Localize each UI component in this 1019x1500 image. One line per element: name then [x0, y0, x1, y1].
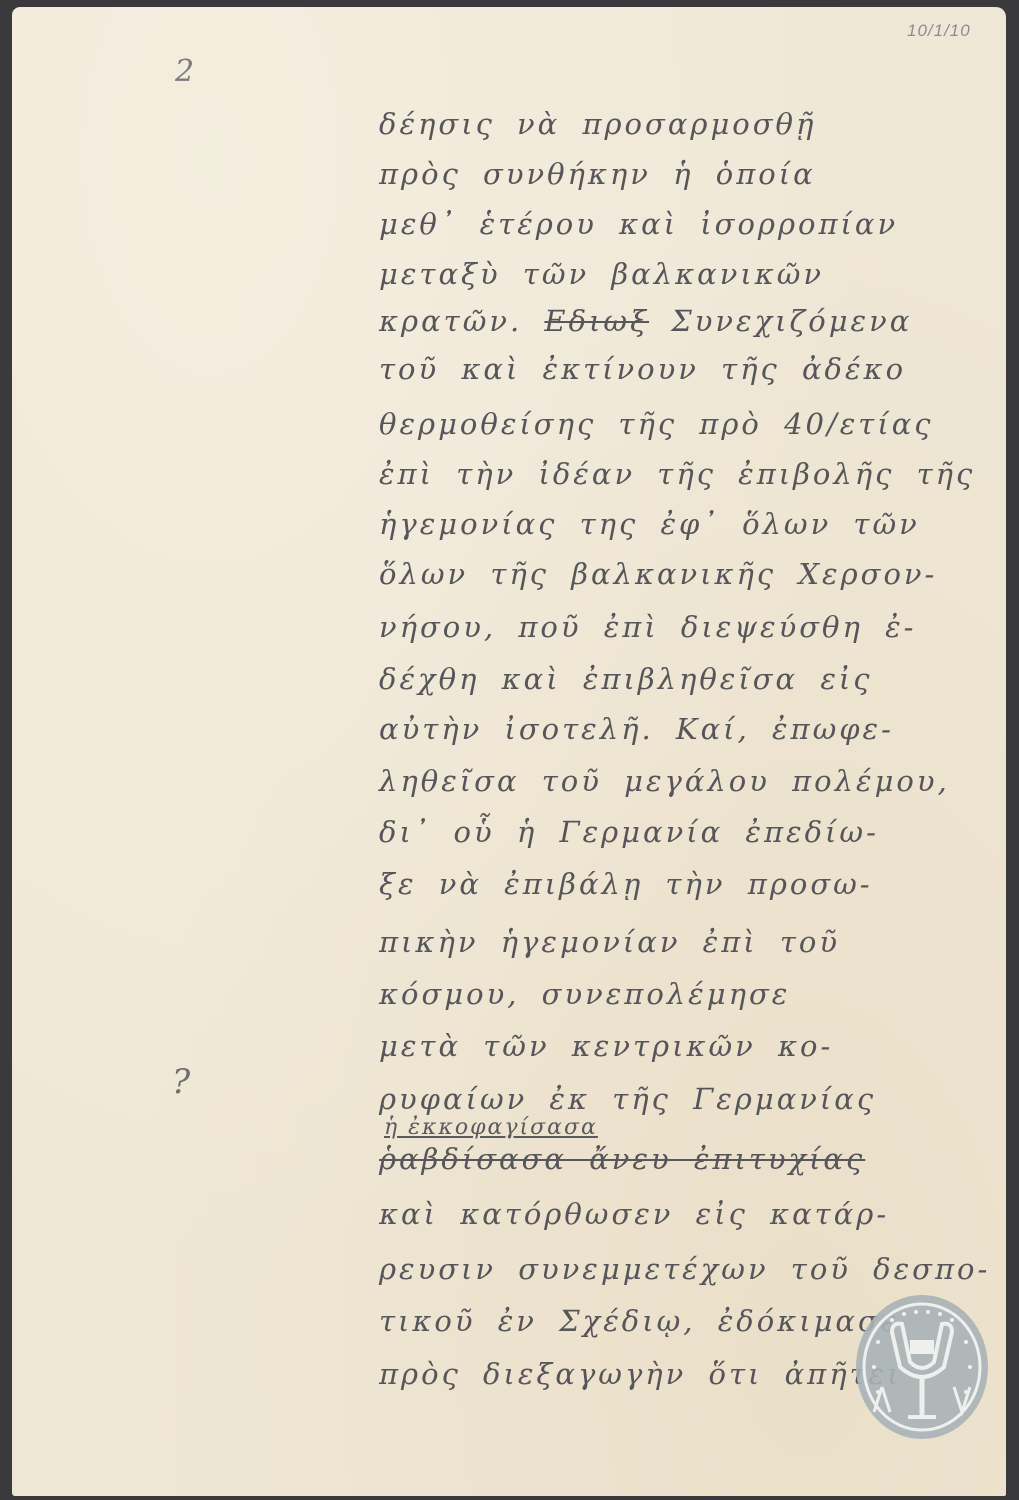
handwritten-line: καὶ κατόρθωσεν εἰς κατάρ-	[379, 1197, 1019, 1231]
handwritten-line: μεθ᾽ ἑτέρου καὶ ἰσορροπίαν	[379, 207, 1019, 241]
chalice-seal-icon	[852, 1292, 992, 1442]
handwritten-line: ὅλων τῆς βαλκανικῆς Χερσον-	[379, 557, 1019, 591]
handwritten-line: μετὰ τῶν κεντρικῶν κο-	[379, 1029, 1019, 1063]
handwritten-line: δέχθη καὶ ἐπιβληθεῖσα εἰς	[379, 662, 1019, 696]
archive-number: 10/1/10	[907, 21, 971, 41]
line-text: κρατῶν.	[379, 304, 522, 338]
page-number: 2	[175, 54, 194, 89]
handwritten-line: μεταξὺ τῶν βαλκανικῶν	[379, 257, 1019, 291]
handwritten-line: θερμοθείσης τῆς πρὸ 40/ετίας	[379, 407, 1019, 441]
margin-note: ?	[172, 1062, 190, 1102]
handwritten-line: αὐτὴν ἰσοτελῆ. Καί, ἐπωφε-	[379, 712, 1019, 746]
handwritten-line: νήσου, ποῦ ἐπὶ διεψεύσθη ἐ-	[379, 610, 1019, 644]
document-page: 10/1/10 2 ? δέησις νὰ προσαρμοσθῇ πρὸς σ…	[12, 7, 1006, 1496]
handwritten-line: κόσμου, συνεπολέμησε	[379, 977, 1019, 1011]
handwritten-line: ρευσιν συνεμμετέχων τοῦ δεσπο-	[379, 1252, 1019, 1286]
handwritten-line: ληθεῖσα τοῦ μεγάλου πολέμου,	[379, 764, 1019, 798]
handwritten-line: δέησις νὰ προσαρμοσθῇ	[379, 107, 1019, 141]
struck-out-word: Εδιωξ	[544, 304, 649, 338]
handwritten-line: τοῦ καὶ ἐκτίνουν τῆς ἀδέκο	[379, 352, 1019, 386]
interlinear-insertion: ἡ ἐκκοφαγίσασα	[384, 1115, 598, 1140]
handwritten-line: δι᾽ οὗ ἡ Γερμανία ἐπεδίω-	[379, 815, 1019, 849]
handwritten-line: πρὸς συνθήκην ἡ ὁποία	[379, 157, 1019, 191]
handwritten-line: πικὴν ἡγεμονίαν ἐπὶ τοῦ	[379, 925, 1019, 959]
line-text: Συνεχιζόμενα	[671, 304, 912, 338]
handwritten-line: ρυφαίων ἐκ τῆς Γερμανίας	[379, 1082, 1019, 1116]
handwritten-line: κρατῶν. Εδιωξ Συνεχιζόμενα	[379, 304, 1019, 338]
handwritten-line: ξε νὰ ἐπιβάλῃ τὴν προσω-	[379, 867, 1019, 901]
handwritten-line: ἐπὶ τὴν ἰδέαν τῆς ἐπιβολῆς τῆς	[379, 457, 1019, 491]
archive-seal-stamp	[852, 1292, 992, 1442]
handwritten-line: ἡγεμονίας της ἐφ᾽ ὅλων τῶν	[379, 507, 1019, 541]
struck-out-line: ῥαβδίσασα ἄνευ ἐπιτυχίας	[379, 1142, 1019, 1176]
